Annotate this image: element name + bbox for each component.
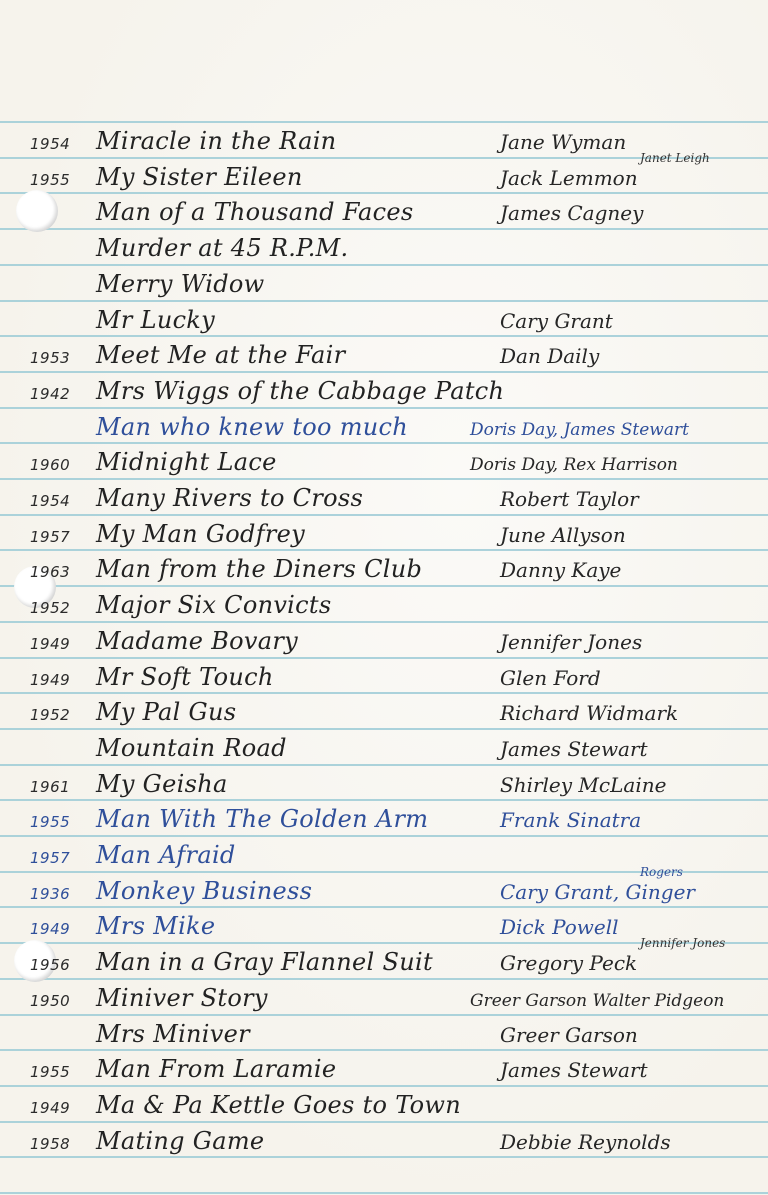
list-item: 1956 Man in a Gray Flannel Suit Gregory … xyxy=(0,942,768,978)
entry-cast: Dan Daily xyxy=(500,344,599,368)
entry-title: Midnight Lace xyxy=(96,448,277,476)
list-item: 1952 My Pal Gus Richard Widmark xyxy=(0,692,768,728)
entry-year: 1949 xyxy=(30,671,70,689)
entry-title: Mountain Road xyxy=(96,734,287,762)
entry-year: 1956 xyxy=(30,956,70,974)
list-item: 1955 My Sister Eileen Jack Lemmon Janet … xyxy=(0,157,768,193)
list-item: 1954 Many Rivers to Cross Robert Taylor xyxy=(0,478,768,514)
entry-cast: Dick Powell xyxy=(500,915,619,939)
entry-year: 1961 xyxy=(30,778,70,796)
entry-year: 1952 xyxy=(30,706,70,724)
entry-title: Monkey Business xyxy=(96,877,312,905)
entry-cast: Glen Ford xyxy=(500,666,601,690)
entry-title: Meet Me at the Fair xyxy=(96,341,345,369)
list-item: 1949 Mr Soft Touch Glen Ford xyxy=(0,657,768,693)
list-item: 1942 Mrs Wiggs of the Cabbage Patch xyxy=(0,371,768,407)
entry-note: Jennifer Jones xyxy=(640,936,725,950)
entry-cast: Frank Sinatra xyxy=(500,808,641,832)
entry-year: 1960 xyxy=(30,456,70,474)
list-item: 1949 Ma & Pa Kettle Goes to Town xyxy=(0,1085,768,1121)
list-item: Mountain Road James Stewart xyxy=(0,728,768,764)
entry-year: 1955 xyxy=(30,1063,70,1081)
list-item: Murder at 45 R.P.M. xyxy=(0,228,768,264)
entry-cast: Doris Day, James Stewart xyxy=(470,420,689,440)
entry-title: Ma & Pa Kettle Goes to Town xyxy=(96,1091,461,1119)
entry-title: Mrs Mike xyxy=(96,912,215,940)
entry-cast: Gregory Peck xyxy=(500,951,637,975)
entry-title: Merry Widow xyxy=(96,270,265,298)
entry-title: Mrs Miniver xyxy=(96,1020,250,1048)
list-item: Man who knew too much Doris Day, James S… xyxy=(0,407,768,443)
entry-cast: Jack Lemmon xyxy=(500,166,638,190)
entry-title: Murder at 45 R.P.M. xyxy=(96,234,348,262)
entry-title: Man who knew too much xyxy=(96,413,408,441)
entry-cast: Shirley McLaine xyxy=(500,773,666,797)
entry-cast: Richard Widmark xyxy=(500,701,678,725)
list-item: 1958 Mating Game Debbie Reynolds xyxy=(0,1121,768,1157)
list-item: 1960 Midnight Lace Doris Day, Rex Harris… xyxy=(0,442,768,478)
list-item: Merry Widow xyxy=(0,264,768,300)
entry-cast: Jane Wyman xyxy=(500,130,626,154)
entry-title: My Man Godfrey xyxy=(96,520,305,548)
entry-title: Miniver Story xyxy=(96,984,268,1012)
entry-title: Many Rivers to Cross xyxy=(96,484,363,512)
entry-title: Mating Game xyxy=(96,1127,264,1155)
list-item: 1955 Man With The Golden Arm Frank Sinat… xyxy=(0,799,768,835)
entry-title: Mrs Wiggs of the Cabbage Patch xyxy=(96,377,504,405)
entry-title: Mr Lucky xyxy=(96,306,215,334)
entry-cast: James Cagney xyxy=(500,201,643,225)
ruled-line xyxy=(0,1156,768,1158)
entry-title: Man in a Gray Flannel Suit xyxy=(96,948,433,976)
entry-year: 1952 xyxy=(30,599,70,617)
list-item: 1953 Meet Me at the Fair Dan Daily xyxy=(0,335,768,371)
list-item: 1952 Major Six Convicts xyxy=(0,585,768,621)
entry-cast: Danny Kaye xyxy=(500,558,621,582)
entry-year: 1949 xyxy=(30,1099,70,1117)
entry-year: 1936 xyxy=(30,885,70,903)
entry-title: Man from the Diners Club xyxy=(96,555,422,583)
entry-cast: Greer Garson Walter Pidgeon xyxy=(470,991,724,1011)
list-item: 1950 Miniver Story Greer Garson Walter P… xyxy=(0,978,768,1014)
list-item: 1955 Man From Laramie James Stewart xyxy=(0,1049,768,1085)
entry-title: Major Six Convicts xyxy=(96,591,331,619)
list-item: Mr Lucky Cary Grant xyxy=(0,300,768,336)
entry-year: 1955 xyxy=(30,813,70,831)
entry-year: 1949 xyxy=(30,635,70,653)
entry-title: Miracle in the Rain xyxy=(96,127,336,155)
entry-title: Man From Laramie xyxy=(96,1055,336,1083)
entry-cast: June Allyson xyxy=(500,523,626,547)
list-item: 1963 Man from the Diners Club Danny Kaye xyxy=(0,549,768,585)
entry-cast: Doris Day, Rex Harrison xyxy=(470,455,678,475)
entry-title: Man With The Golden Arm xyxy=(96,805,428,833)
entry-year: 1953 xyxy=(30,349,70,367)
entry-title: Mr Soft Touch xyxy=(96,663,274,691)
entry-note: Rogers xyxy=(640,865,683,879)
entry-year: 1954 xyxy=(30,135,70,153)
list-item: Man of a Thousand Faces James Cagney xyxy=(0,192,768,228)
entry-year: 1957 xyxy=(30,849,70,867)
list-item: 1936 Monkey Business Cary Grant, Ginger … xyxy=(0,871,768,907)
entry-cast: Cary Grant, Ginger xyxy=(500,880,695,904)
entry-year: 1949 xyxy=(30,920,70,938)
entry-cast: James Stewart xyxy=(500,1058,648,1082)
entry-title: Man of a Thousand Faces xyxy=(96,198,414,226)
entry-year: 1955 xyxy=(30,171,70,189)
entry-cast: Jennifer Jones xyxy=(500,630,642,654)
entry-title: My Pal Gus xyxy=(96,698,236,726)
entry-title: Man Afraid xyxy=(96,841,236,869)
entry-title: My Geisha xyxy=(96,770,228,798)
entry-year: 1950 xyxy=(30,992,70,1010)
entry-cast: Cary Grant xyxy=(500,309,613,333)
entry-cast: Debbie Reynolds xyxy=(500,1130,671,1154)
entry-year: 1954 xyxy=(30,492,70,510)
entry-note: Janet Leigh xyxy=(640,151,710,165)
entry-cast: Greer Garson xyxy=(500,1023,638,1047)
entry-year: 1957 xyxy=(30,528,70,546)
entry-year: 1963 xyxy=(30,563,70,581)
entry-title: My Sister Eileen xyxy=(96,163,303,191)
list-item: 1949 Madame Bovary Jennifer Jones xyxy=(0,621,768,657)
notebook-page: 1954 Miracle in the Rain Jane Wyman 1955… xyxy=(0,0,768,1195)
entry-year: 1958 xyxy=(30,1135,70,1153)
entry-cast: Robert Taylor xyxy=(500,487,639,511)
entry-title: Madame Bovary xyxy=(96,627,298,655)
ruled-line xyxy=(0,1192,768,1194)
list-item: 1957 My Man Godfrey June Allyson xyxy=(0,514,768,550)
list-item: 1961 My Geisha Shirley McLaine xyxy=(0,764,768,800)
entry-year: 1942 xyxy=(30,385,70,403)
list-item: Mrs Miniver Greer Garson xyxy=(0,1014,768,1050)
entry-cast: James Stewart xyxy=(500,737,648,761)
